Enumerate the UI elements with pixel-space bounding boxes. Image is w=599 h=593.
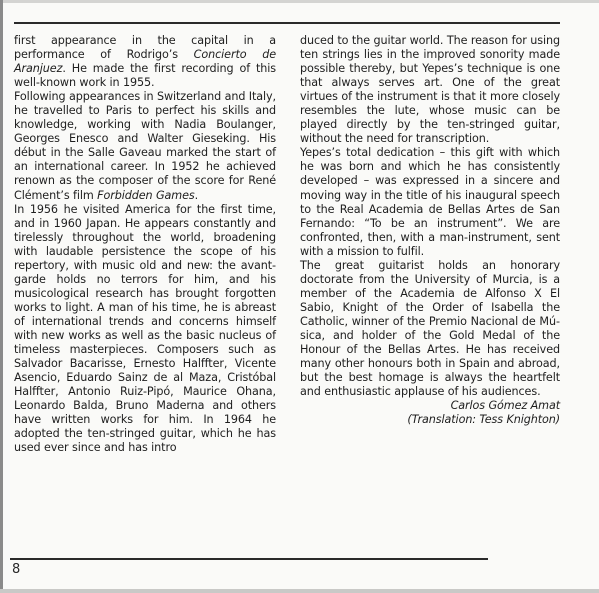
text-run: In 1956 he visited America for the first… xyxy=(14,203,276,455)
page-edge-left xyxy=(0,0,3,593)
text-run: The great guitarist holds an honorary do… xyxy=(300,259,560,398)
paragraph: first appearance in the capital in a per… xyxy=(14,34,276,90)
author-signature: Carlos Gómez Amat xyxy=(300,399,560,413)
paragraph: Yepes’s total dedication – this gift wit… xyxy=(300,146,560,258)
footer-rule xyxy=(10,558,488,560)
text-run: Following appearances in Switzerland and… xyxy=(14,90,276,201)
page-edge-bottom xyxy=(0,589,599,593)
paragraph: duced to the guitar world. The reason fo… xyxy=(300,34,560,146)
text-run: . xyxy=(195,189,198,202)
left-column: first appearance in the capital in a per… xyxy=(14,34,276,455)
header-rule xyxy=(14,22,560,24)
paragraph: In 1956 he visited America for the first… xyxy=(14,203,276,456)
right-column: duced to the guitar world. The reason fo… xyxy=(300,34,560,427)
paragraph: Following appearances in Switzerland and… xyxy=(14,90,276,202)
paragraph: The great guitarist holds an honorary do… xyxy=(300,259,560,399)
page-number: 8 xyxy=(12,562,20,577)
text-run: Yepes’s total dedication – this gift wit… xyxy=(300,146,560,257)
page-edge-top xyxy=(0,0,599,3)
italic-title: Forbidden Games xyxy=(97,189,194,202)
text-run: duced to the guitar world. The reason fo… xyxy=(300,34,560,145)
translator-credit: (Translation: Tess Knighton) xyxy=(300,413,560,427)
booklet-page: first appearance in the capital in a per… xyxy=(0,0,599,593)
